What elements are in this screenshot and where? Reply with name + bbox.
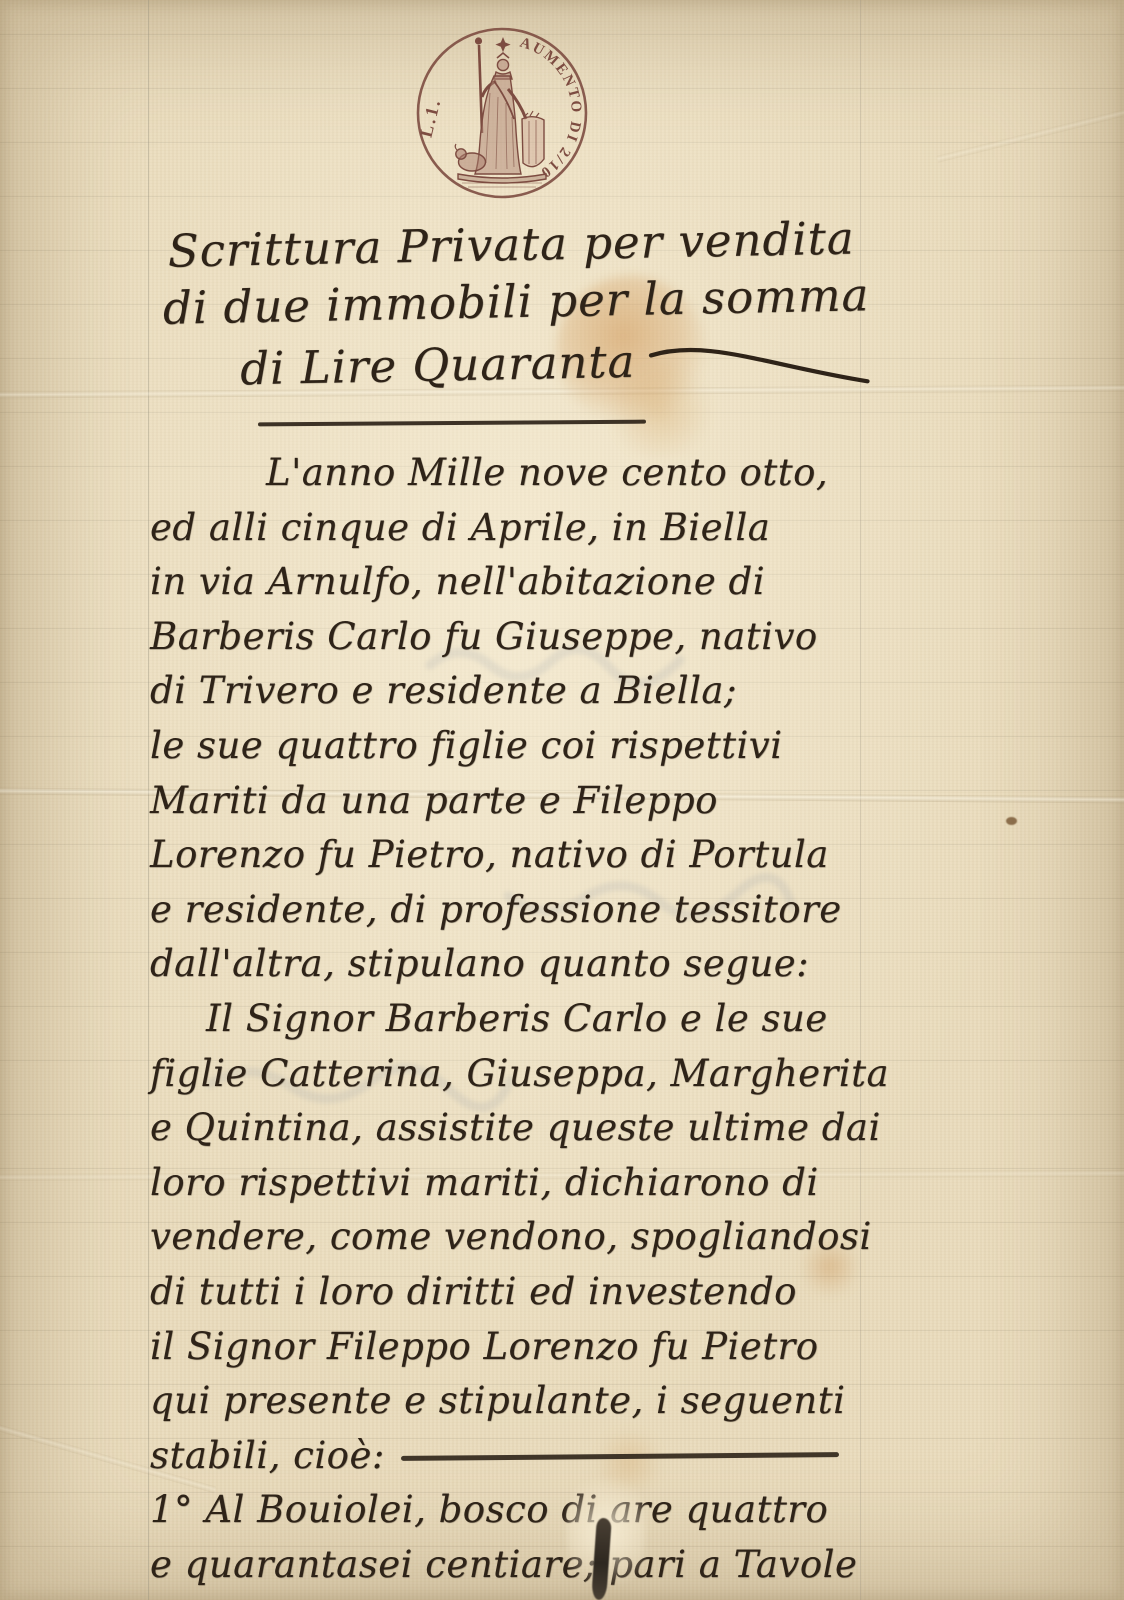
- handwritten-line: loro rispettivi mariti, dichiarono di: [150, 1156, 889, 1211]
- body-text-block: L'anno Mille nove cento otto, ed alli ci…: [150, 446, 889, 1592]
- handwritten-line: e quarantasei centiare; pari a Tavole: [150, 1538, 889, 1593]
- handwritten-line: dall'altra, stipulano quanto segue:: [150, 937, 889, 992]
- handwritten-line: vendere, come vendono, spogliandosi: [150, 1210, 889, 1265]
- handwritten-line: 1° Al Bouiolei, bosco di are quattro: [150, 1483, 889, 1538]
- handwritten-line: qui presente e stipulante, i seguenti: [150, 1374, 889, 1429]
- shield: [522, 117, 544, 167]
- title-line-text: di Lire Quaranta: [240, 332, 636, 397]
- handwritten-line: Il Signor Barberis Carlo e le sue: [206, 992, 889, 1047]
- handwritten-line: figlie Catterina, Giuseppa, Margherita: [150, 1047, 889, 1102]
- handwritten-line: Barberis Carlo fu Giuseppe, nativo: [150, 610, 889, 665]
- pen-flourish: [647, 337, 873, 393]
- revenue-stamp-seal: AUMENTO DI 2/10 L.1.: [402, 13, 602, 213]
- document-scan: AUMENTO DI 2/10 L.1.: [0, 0, 1124, 1600]
- seal-allegory-figure: [455, 37, 546, 187]
- ink-rule: [401, 1452, 839, 1461]
- title-line: di Lire Quaranta: [240, 323, 873, 401]
- handwritten-line: le sue quattro figlie coi rispettivi: [150, 719, 889, 774]
- star-icon: [495, 37, 510, 52]
- ground: [458, 174, 546, 183]
- ledger-vertical-rule: [148, 0, 149, 1600]
- handwritten-line: di tutti i loro diritti ed investendo: [150, 1265, 889, 1320]
- handwritten-line: in via Arnulfo, nell'abitazione di: [150, 555, 889, 610]
- handwritten-line: Lorenzo fu Pietro, nativo di Portula: [150, 828, 889, 883]
- handwritten-line: L'anno Mille nove cento otto,: [266, 446, 889, 501]
- handwritten-line: e residente, di professione tessitore: [150, 883, 889, 938]
- ink-speck: [1006, 817, 1017, 825]
- title-separator-rule: [258, 420, 646, 427]
- handwritten-line: di Trivero e residente a Biella;: [150, 664, 889, 719]
- staff: [479, 45, 482, 133]
- handwritten-line: il Signor Fileppo Lorenzo fu Pietro: [150, 1320, 889, 1375]
- handwritten-line-text: stabili, cioè:: [150, 1434, 385, 1477]
- handwritten-line: ed alli cinque di Aprile, in Biella: [150, 501, 889, 556]
- corner-crease: [937, 100, 1124, 162]
- handwritten-line: e Quintina, assistite queste ultime dai: [150, 1101, 889, 1156]
- handwritten-line: Mariti da una parte e Fileppo: [150, 774, 889, 829]
- handwritten-line: stabili, cioè:: [150, 1429, 889, 1484]
- title-block: Scrittura Privata per vendita di due imm…: [161, 209, 872, 403]
